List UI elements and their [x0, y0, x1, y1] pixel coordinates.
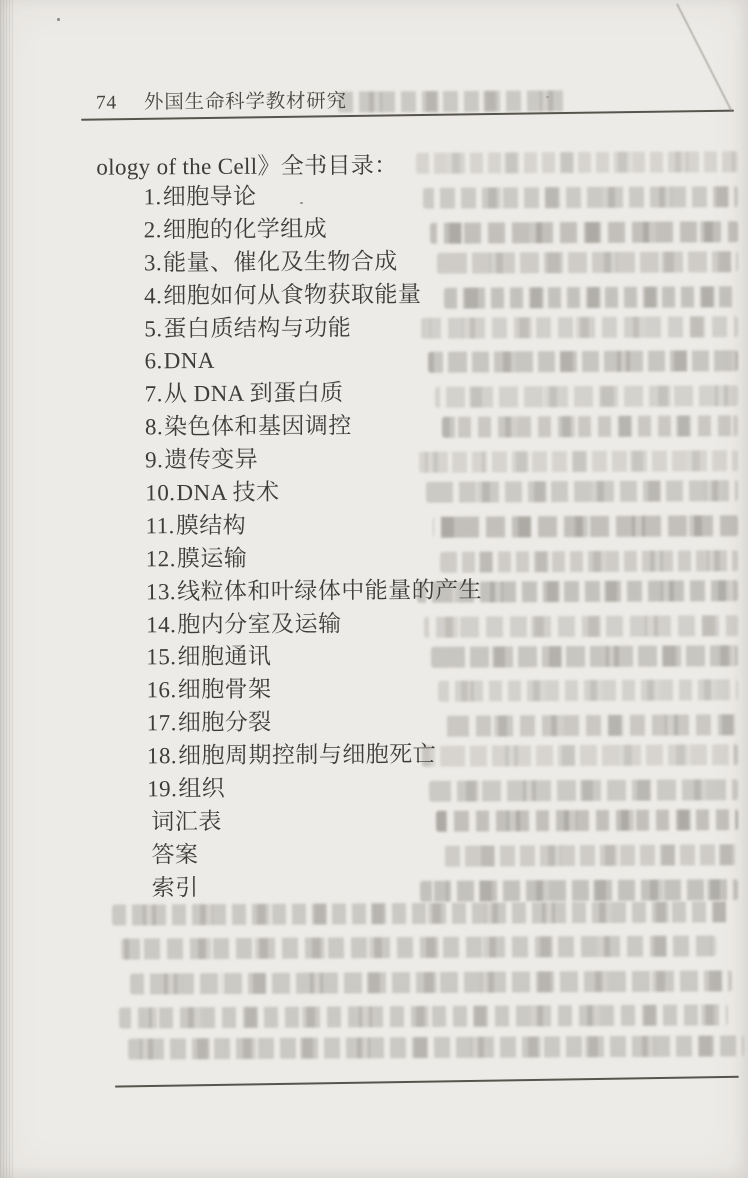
- intro-line: ology of the Cell》全书目录：: [96, 147, 397, 182]
- toc-item-label: DNA 技术: [176, 480, 279, 506]
- toc-item-label: 能量、催化及生物合成: [163, 249, 398, 275]
- paper-speck: [546, 96, 549, 98]
- toc-item-label: 细胞骨架: [178, 677, 272, 703]
- toc-item-number: 5.: [144, 316, 162, 341]
- toc-item: 6.DNA: [144, 342, 704, 378]
- toc-item: 8.染色体和基因调控: [145, 408, 705, 444]
- toc-item-number: 11.: [145, 513, 174, 538]
- toc-item-number: 2.: [144, 217, 162, 242]
- back-matter-item: 索引: [148, 869, 708, 905]
- toc-item-label: 细胞周期控制与细胞死亡: [178, 742, 436, 769]
- toc-item: 10.DNA 技术: [145, 474, 705, 510]
- toc-item-label: 细胞分裂: [178, 710, 272, 736]
- toc-item-label: 细胞导论: [163, 184, 257, 210]
- toc-item: 12.膜运输: [146, 540, 706, 576]
- toc-item-number: 19.: [147, 776, 177, 801]
- toc-item: 11.膜结构: [145, 507, 705, 543]
- toc-item: 1.细胞导论: [143, 178, 703, 214]
- toc-item-label: DNA: [164, 348, 215, 373]
- toc-item-label: 组织: [178, 776, 225, 801]
- toc-item: 15.细胞通讯: [146, 638, 706, 674]
- toc-item-label: 细胞如何从食物获取能量: [163, 281, 421, 308]
- toc-item-label: 细胞的化学组成: [163, 216, 327, 242]
- toc-item: 7.从 DNA 到蛋白质: [145, 375, 705, 411]
- toc-item-label: 细胞通讯: [177, 644, 271, 670]
- scan-edge-strip: [0, 0, 14, 1178]
- toc-item-label: 线粒体和叶绿体中能量的产生: [177, 577, 482, 604]
- running-title: 外国生命科学教材研究: [144, 85, 347, 114]
- paper-speck: [57, 18, 60, 21]
- paper-speck: [222, 100, 224, 102]
- toc-item-number: 4.: [144, 283, 162, 308]
- toc-item: 5.蛋白质结构与功能: [144, 310, 704, 346]
- toc-item-number: 16.: [146, 678, 176, 703]
- toc-item-number: 10.: [145, 480, 175, 505]
- toc-item-label: 遗传变异: [164, 447, 258, 473]
- toc-item-label: 蛋白质结构与功能: [163, 315, 351, 341]
- toc-item-label: 胞内分室及运输: [177, 611, 341, 637]
- toc-item-label: 染色体和基因调控: [164, 413, 352, 439]
- toc-item: 9.遗传变异: [145, 441, 705, 477]
- toc-item: 18.细胞周期控制与细胞死亡: [147, 737, 707, 773]
- toc-item-number: 17.: [147, 710, 177, 735]
- toc-item-number: 14.: [146, 612, 176, 637]
- toc-item-number: 15.: [146, 645, 176, 670]
- toc-item: 3.能量、催化及生物合成: [144, 244, 704, 280]
- toc-item-number: 7.: [145, 382, 163, 407]
- toc-item-label: 膜运输: [177, 546, 248, 571]
- toc-item-number: 18.: [147, 743, 177, 768]
- back-matter-item: 词汇表: [147, 803, 707, 839]
- back-matter-item: 答案: [147, 836, 707, 872]
- toc-item-label: 从 DNA 到蛋白质: [164, 381, 344, 407]
- toc-item-number: 6.: [144, 349, 162, 374]
- scanned-book-page: 74 外国生命科学教材研究 ology of the Cell》全书目录： 1.…: [0, 0, 748, 1178]
- toc-item: 13.线粒体和叶绿体中能量的产生: [146, 573, 706, 609]
- toc-item-number: 12.: [146, 546, 176, 571]
- toc-item: 14.胞内分室及运输: [146, 606, 706, 642]
- footer-rule: [115, 1076, 739, 1088]
- paper-speck: [300, 202, 303, 204]
- toc-item-number: 1.: [143, 184, 161, 209]
- toc-item-number: 9.: [145, 447, 163, 472]
- toc-item: 2.细胞的化学组成: [144, 211, 704, 247]
- toc-list: 1.细胞导论2.细胞的化学组成3.能量、催化及生物合成4.细胞如何从食物获取能量…: [143, 178, 707, 905]
- toc-item-number: 3.: [144, 250, 162, 275]
- toc-item: 4.细胞如何从食物获取能量: [144, 277, 704, 313]
- page-number: 74: [96, 93, 117, 115]
- toc-item-label: 膜结构: [176, 513, 247, 538]
- toc-item-number: 8.: [145, 414, 163, 439]
- toc-item: 16.细胞骨架: [146, 671, 706, 707]
- toc-item-number: 13.: [146, 579, 176, 604]
- toc-item: 19.组织: [147, 770, 707, 806]
- toc-item: 17.细胞分裂: [147, 704, 707, 740]
